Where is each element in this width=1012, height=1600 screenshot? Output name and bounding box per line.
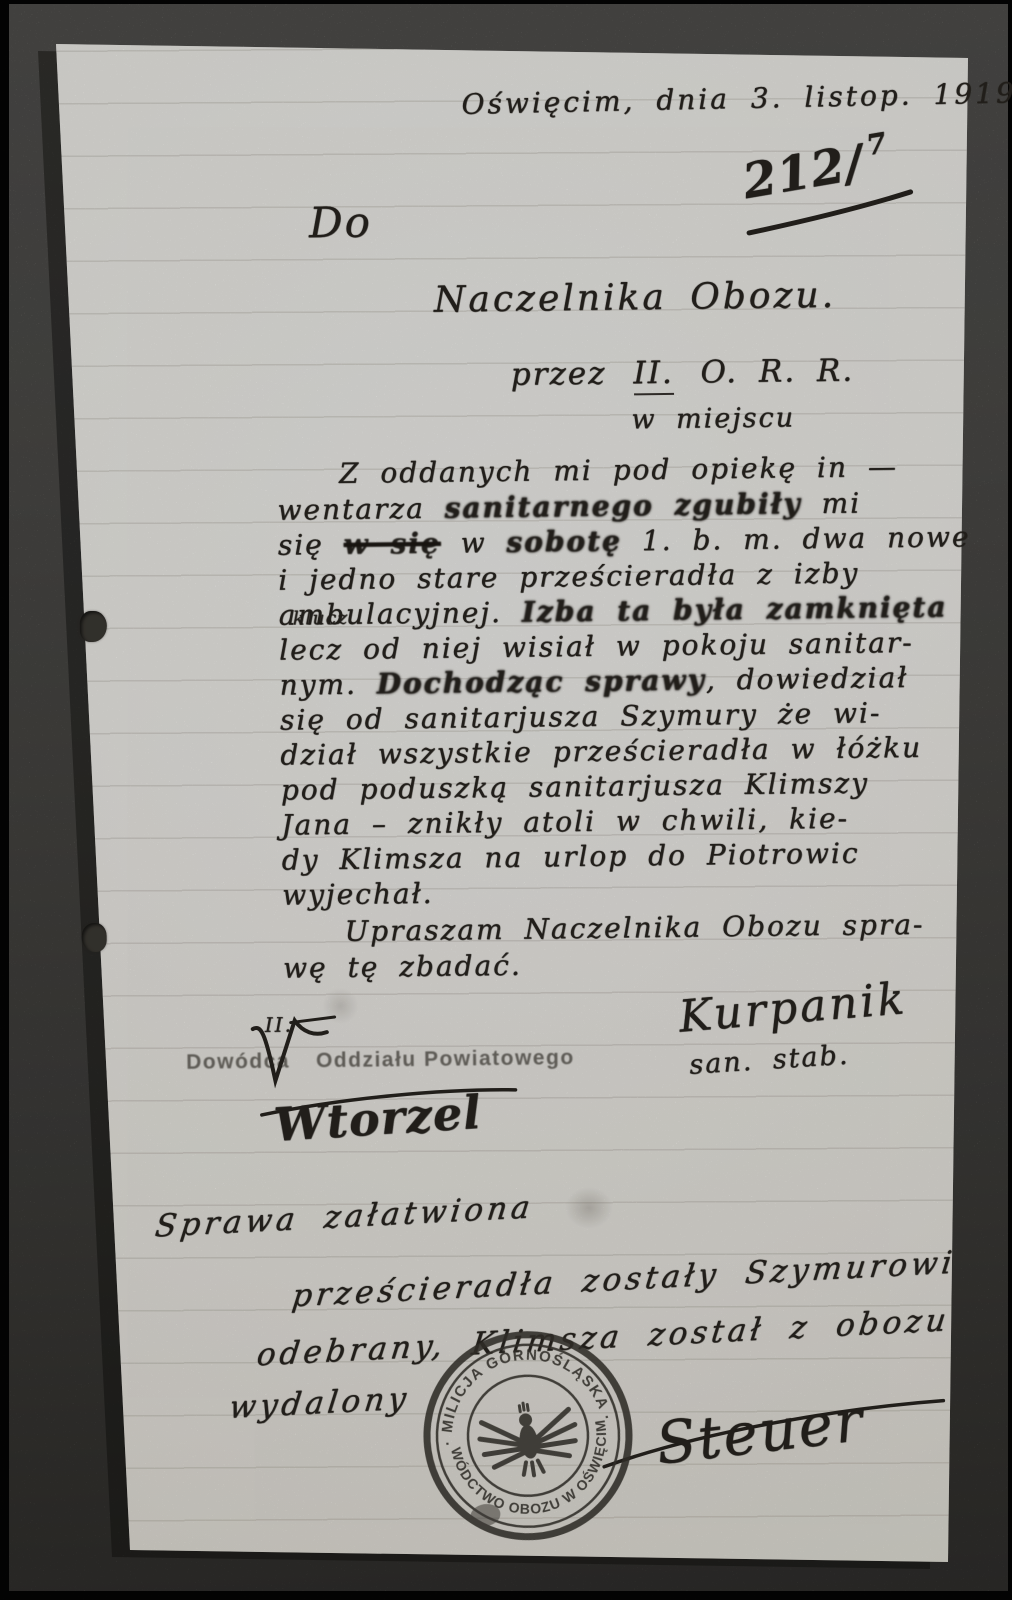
check-mark-bar bbox=[291, 1017, 335, 1023]
countersignature-swash bbox=[262, 1090, 516, 1115]
seal-bottom-text: DOWÓDCTWO OBOZU W OŚWIĘCIMIU bbox=[400, 1306, 620, 1534]
seal-eagle-emblem bbox=[476, 1396, 582, 1483]
document-content: Oświęcim, dnia 3. listop. 1919. 212/7 Do… bbox=[0, 0, 1012, 1600]
check-mark bbox=[253, 1020, 328, 1081]
archival-photo: Oświęcim, dnia 3. listop. 1919. 212/7 Do… bbox=[0, 0, 1012, 1600]
round-seal: · MILICJA GÓRNOŚLĄSKA · DOWÓDCTWO OBOZU … bbox=[400, 1306, 656, 1562]
file-number-swash bbox=[749, 192, 911, 233]
